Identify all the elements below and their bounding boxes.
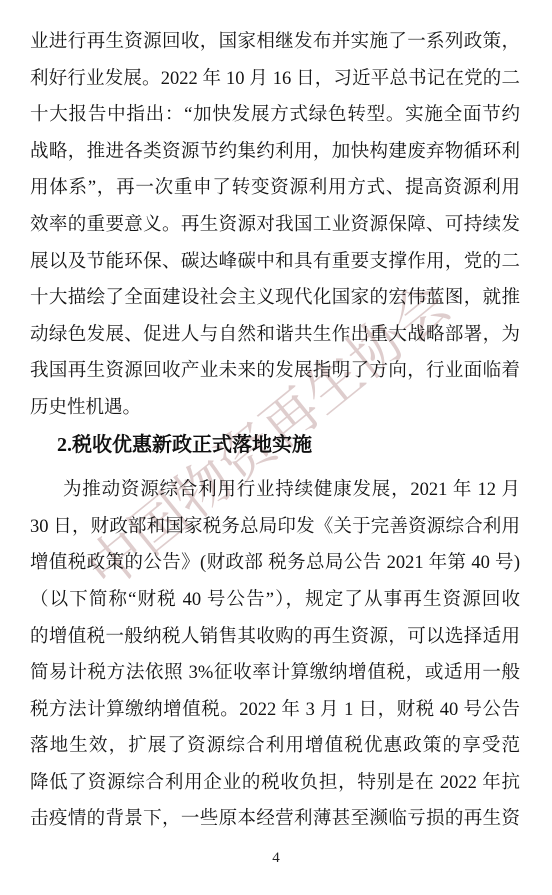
text-line: 十大描绘了全面建设社会主义现代化国家的宏伟蓝图，就推 — [30, 280, 520, 317]
section-heading: 2.税收优惠新政正式落地实施 — [30, 427, 520, 464]
text-line: 30 日，财政部和国家税务总局印发《关于完善资源综合利用 — [30, 509, 520, 546]
text-line: 为推动资源综合利用行业持续健康发展，2021 年 12 月 — [30, 472, 520, 509]
paragraph-tax-policy: 为推动资源综合利用行业持续健康发展，2021 年 12 月30 日，财政部和国家… — [30, 472, 520, 838]
text-line: 用体系”，再一次重申了转变资源利用方式、提高资源利用 — [30, 170, 520, 207]
text-line: 动绿色发展、促进人与自然和谐共生作出重大战略部署，为 — [30, 317, 520, 354]
text-line: 我国再生资源回收产业未来的发展指明了方向，行业面临着 — [30, 353, 520, 390]
text-line: 降低了资源综合利用企业的税收负担，特别是在 2022 年抗 — [30, 765, 520, 802]
text-line: 利好行业发展。2022 年 10 月 16 日，习近平总书记在党的二 — [30, 61, 520, 98]
document-page: 中国物资再生协会 业进行再生资源回收，国家相继发布并实施了一系列政策，利好行业发… — [0, 0, 552, 895]
text-line: 击疫情的背景下，一些原本经营利薄甚至濒临亏损的再生资 — [30, 801, 520, 838]
text-line: （以下简称“财税 40 号公告”），规定了从事再生资源回收 — [30, 582, 520, 619]
body-text: 业进行再生资源回收，国家相继发布并实施了一系列政策，利好行业发展。2022 年 … — [30, 24, 520, 838]
text-line: 业进行再生资源回收，国家相继发布并实施了一系列政策， — [30, 24, 520, 61]
text-line: 税方法计算缴纳增值税。2022 年 3 月 1 日，财税 40 号公告 — [30, 692, 520, 729]
text-line: 落地生效，扩展了资源综合利用增值税优惠政策的享受范围， — [30, 728, 520, 765]
text-line: 简易计税方法依照 3%征收率计算缴纳增值税，或适用一般计 — [30, 655, 520, 692]
text-line: 历史性机遇。 — [30, 390, 520, 427]
text-line: 效率的重要意义。再生资源对我国工业资源保障、可持续发 — [30, 207, 520, 244]
text-line: 增值税政策的公告》(财政部 税务总局公告 2021 年第 40 号) — [30, 545, 520, 582]
text-line: 十大报告中指出：“加快发展方式绿色转型。实施全面节约 — [30, 97, 520, 134]
paragraph-policy-support: 业进行再生资源回收，国家相继发布并实施了一系列政策，利好行业发展。2022 年 … — [30, 24, 520, 427]
text-line: 的增值税一般纳税人销售其收购的再生资源，可以选择适用 — [30, 619, 520, 656]
text-line: 展以及节能环保、碳达峰碳中和具有重要支撑作用，党的二 — [30, 244, 520, 281]
page-number: 4 — [0, 850, 552, 867]
text-line: 战略，推进各类资源节约集约利用，加快构建废弃物循环利 — [30, 134, 520, 171]
